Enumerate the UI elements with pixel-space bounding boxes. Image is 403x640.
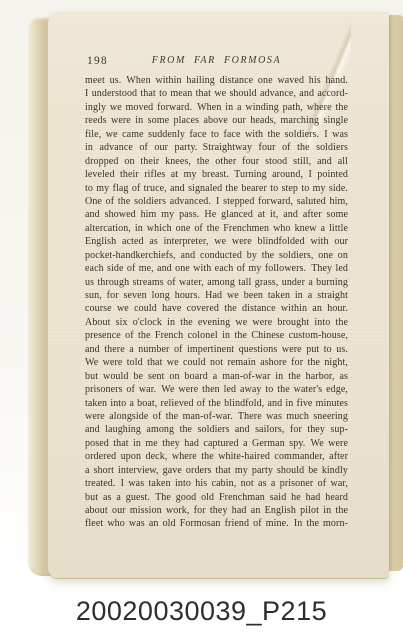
text-line: file, we came suddenly face to face with… (85, 128, 348, 141)
text-line: pocket-handkerchiefs, and conducted by t… (85, 249, 348, 262)
text-line: treated. I was taken into his cabin, not… (85, 477, 348, 490)
catalog-number-caption: 20020030039_P215 (0, 594, 403, 628)
running-head: 198 FROM FAR FORMOSA (85, 55, 348, 70)
text-line: I understood that to mean that we should… (85, 87, 348, 100)
running-title: FROM FAR FORMOSA (85, 55, 348, 66)
text-line: and laughing among the soldiers and sail… (85, 423, 348, 436)
text-line: and showed him my pass. He glanced at it… (85, 208, 348, 221)
text-line: We were told that we could not remain as… (85, 356, 348, 369)
text-line: about our mission work, for they had an … (85, 504, 348, 517)
text-line: in advance of our party. Straightway fou… (85, 141, 348, 154)
text-line: reeds were in some places above our head… (85, 114, 348, 127)
text-line: ingly we moved forward. When in a windin… (85, 101, 348, 114)
text-line: About six o'clock in the evening we were… (85, 316, 348, 329)
book: 198 FROM FAR FORMOSA meet us. When withi… (28, 12, 403, 578)
text-line: One of the soldiers advanced. I stepped … (85, 195, 348, 208)
text-line: meet us. When within hailing distance on… (85, 74, 348, 87)
body-paragraph: meet us. When within hailing distance on… (85, 74, 348, 531)
text-line: English acted as interpreter, we were bl… (85, 235, 348, 248)
text-line: to my flag of truce, and signaled the be… (85, 182, 348, 195)
text-line: were alongside of the man-of-war. There … (85, 410, 348, 423)
scanned-book-photo: 198 FROM FAR FORMOSA meet us. When withi… (0, 0, 403, 640)
text-line: but would be sent on board a man-of-war … (85, 370, 348, 383)
text-line: posed that in me they had captured a Ger… (85, 437, 348, 450)
book-page: 198 FROM FAR FORMOSA meet us. When withi… (48, 12, 389, 578)
text-line: presence of the French colonel in the Ch… (85, 329, 348, 342)
text-line: fleet who was an old Formosan friend of … (85, 517, 348, 530)
text-line: leveled their rifles at my breast. Turni… (85, 168, 348, 181)
text-line: sun, for seven long hours. Had we been t… (85, 289, 348, 302)
text-line: dropped on their knees, the other four s… (85, 155, 348, 168)
text-line: a short interview, gave orders that my p… (85, 464, 348, 477)
text-line: taken into a boat, relieved of the blind… (85, 397, 348, 410)
text-line: course we could have covered the distanc… (85, 302, 348, 315)
text-line: us through streams of water, among tall … (85, 276, 348, 289)
printed-content: 198 FROM FAR FORMOSA meet us. When withi… (85, 55, 348, 531)
text-line: but as a guest. The good old Frenchman s… (85, 491, 348, 504)
text-line: and there a number of impertinent questi… (85, 343, 348, 356)
page-number: 198 (87, 55, 108, 67)
text-line: each side of me, and one with each of my… (85, 262, 348, 275)
text-line: prisoners of war. We were then led away … (85, 383, 348, 396)
text-line: ordered upon deck, where the white-haire… (85, 450, 348, 463)
text-line: altercation, in which one of the Frenchm… (85, 222, 348, 235)
